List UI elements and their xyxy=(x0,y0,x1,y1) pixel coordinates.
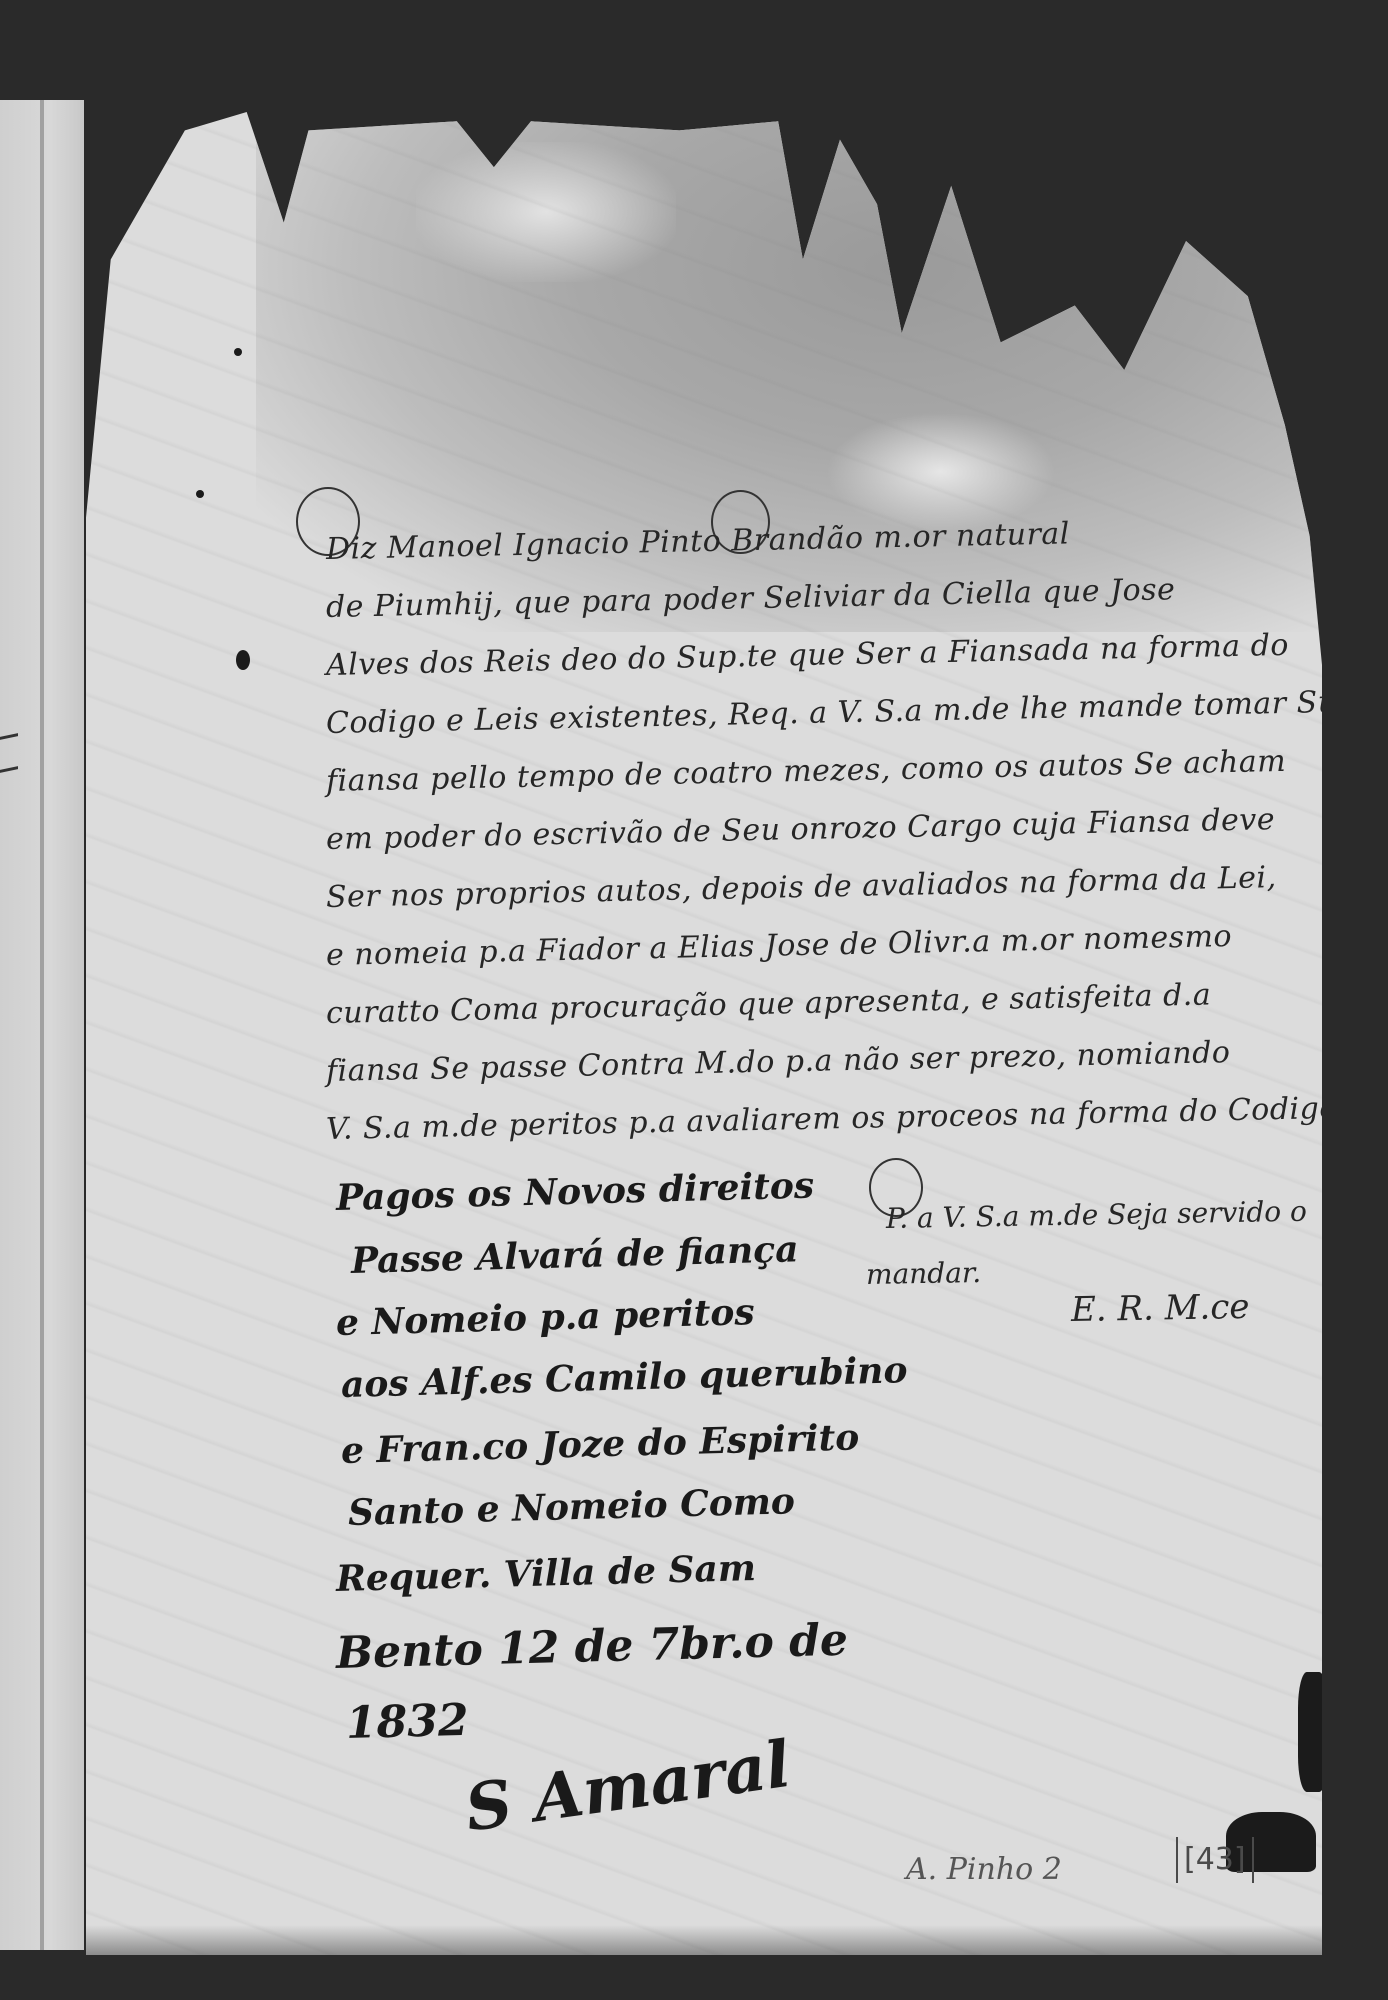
ink-bleed-through xyxy=(86,112,1322,1955)
closing-abbreviation: E. R. M.ce xyxy=(1071,1287,1250,1330)
margin-mark xyxy=(0,733,18,773)
closing-line: mandar. xyxy=(866,1256,982,1291)
folio-number: [43] xyxy=(1176,1837,1254,1883)
leaf-shadow xyxy=(0,1950,84,2000)
ink-spot xyxy=(236,650,250,670)
page-bottom-shadow xyxy=(86,1925,1322,1955)
manuscript-page: Diz Manoel Ignacio Pinto Brandão m.or na… xyxy=(86,112,1322,1955)
binding-fold xyxy=(40,100,44,2000)
clerk-rubric: A. Pinho 2 xyxy=(906,1852,1062,1887)
despacho-year: 1832 xyxy=(345,1695,469,1749)
ink-spot xyxy=(234,348,242,356)
ink-spot xyxy=(196,490,204,498)
ink-spot xyxy=(1298,1672,1322,1792)
